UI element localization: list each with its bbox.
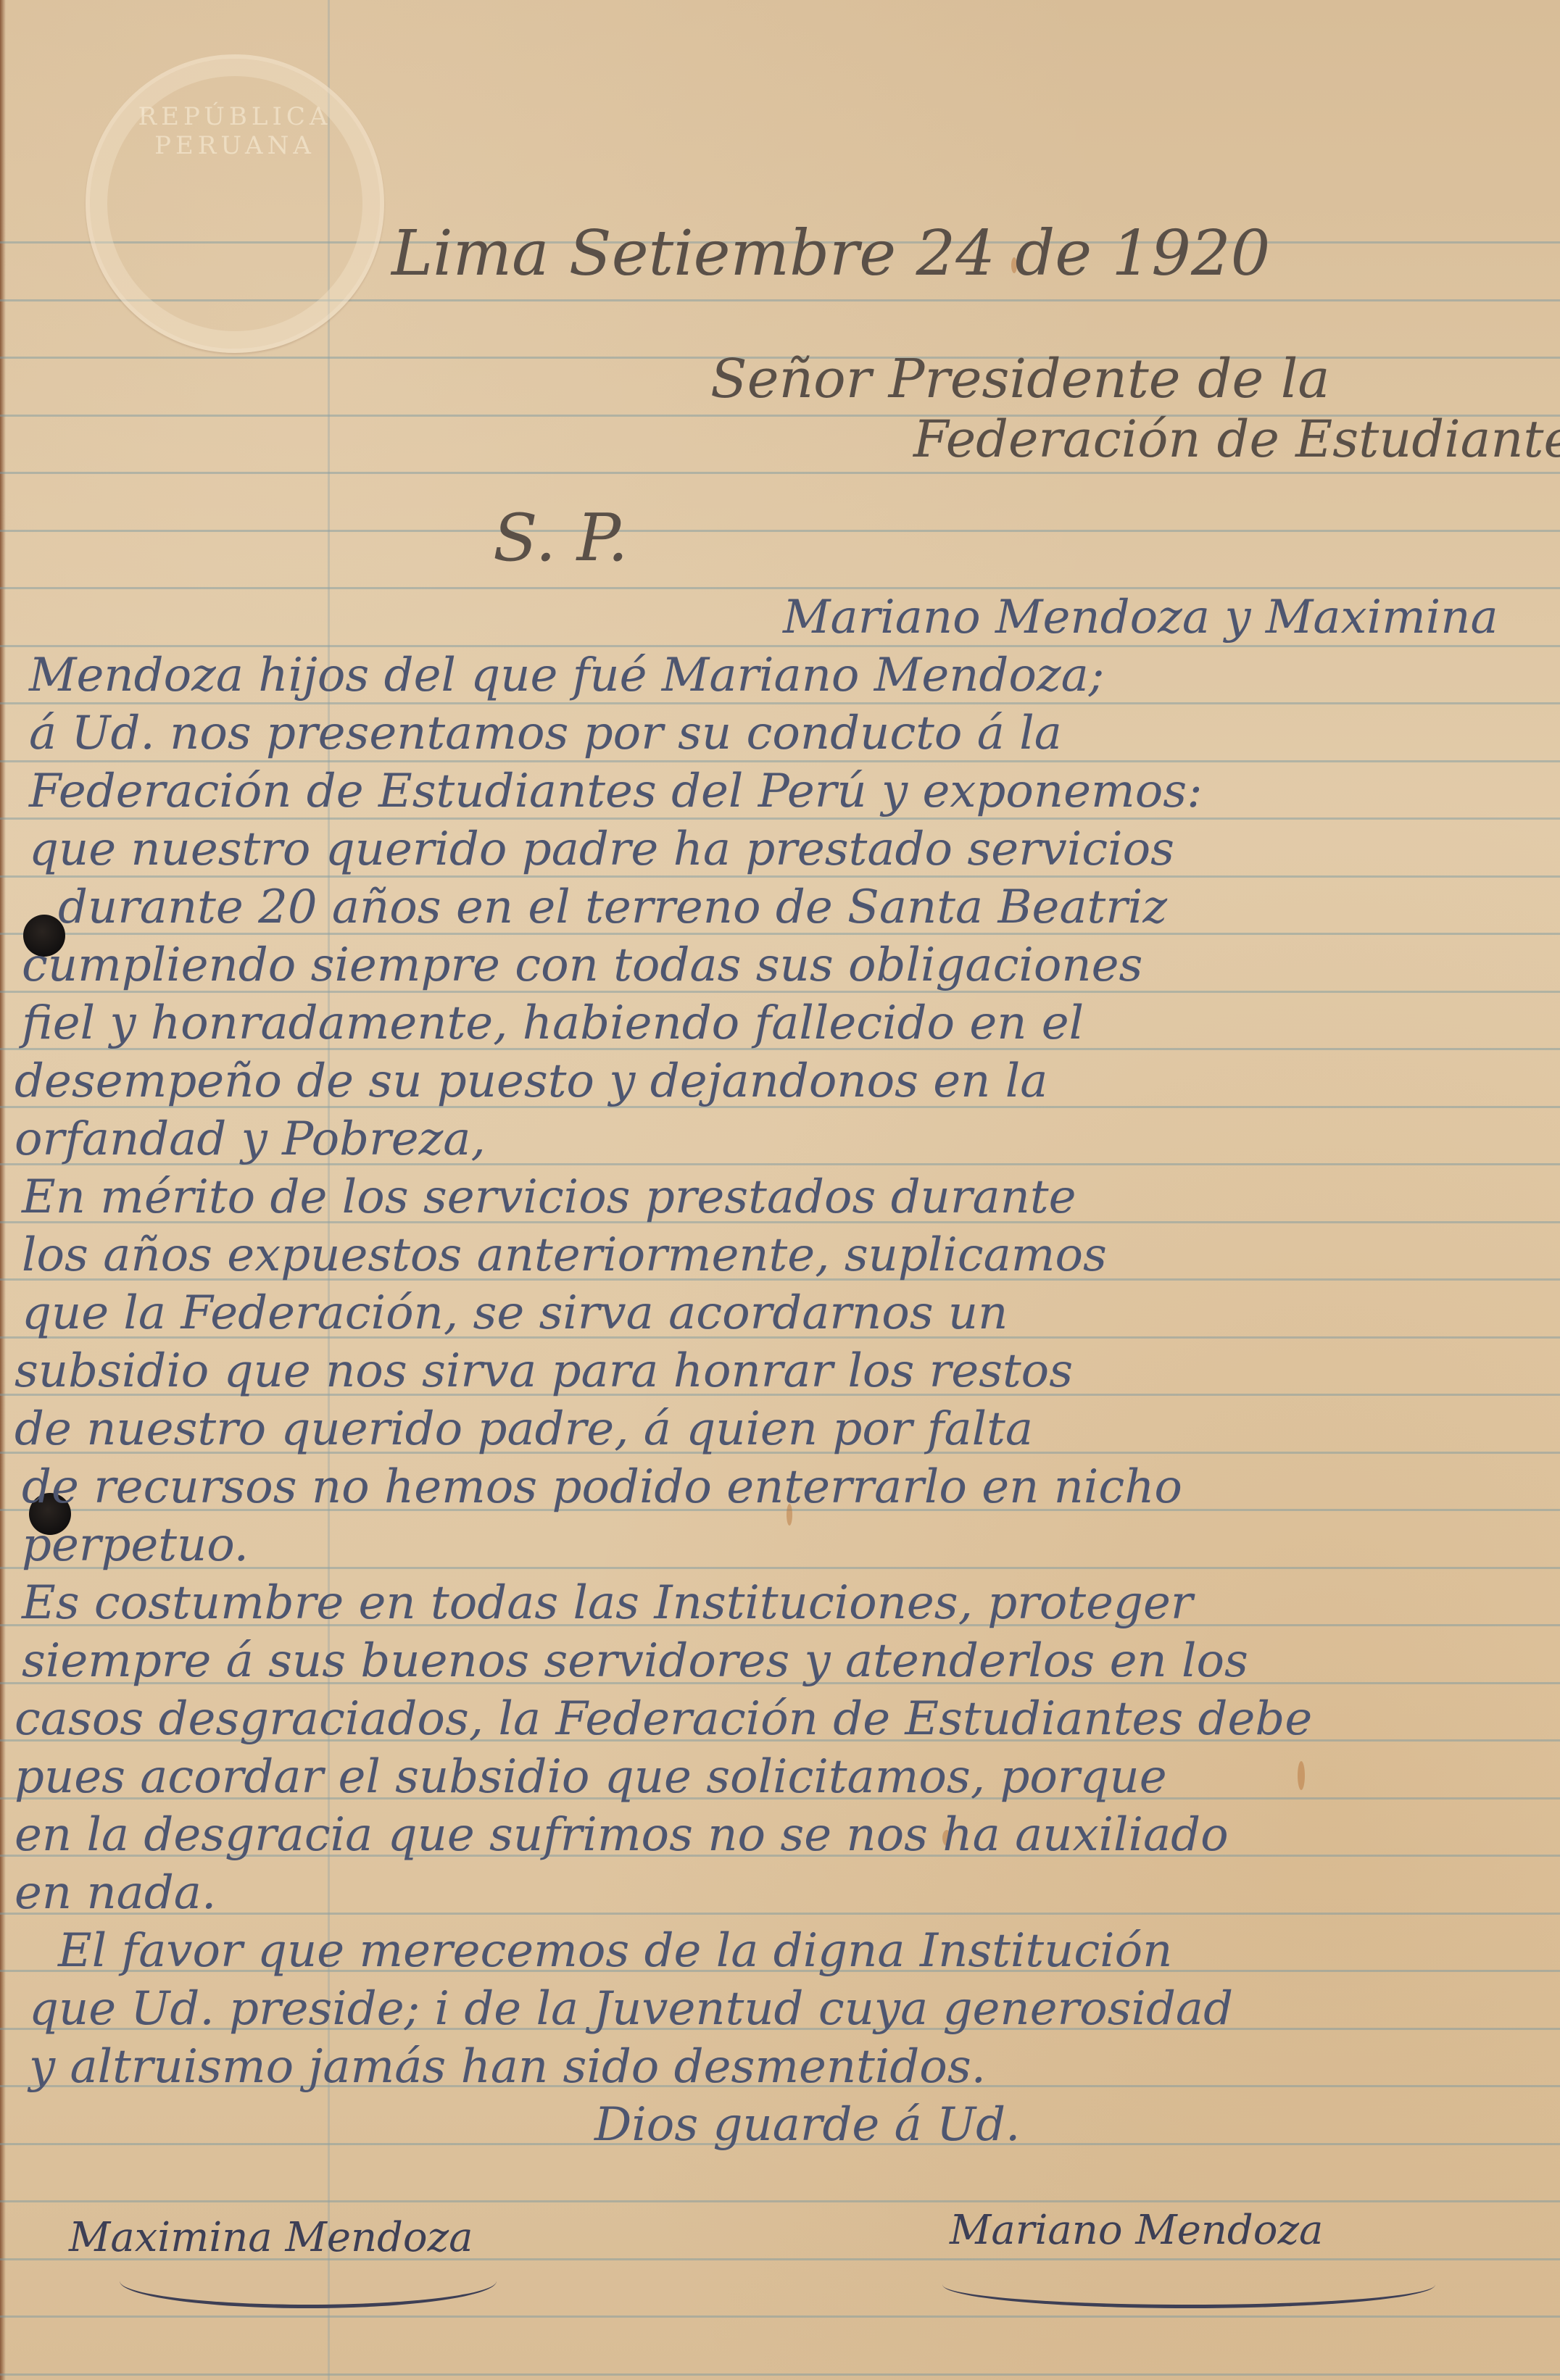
closing-line: Dios guarde á Ud. [594,2098,1020,2152]
seal-text: REPÚBLICA PERUANA [90,102,380,160]
rule-line [0,530,1560,532]
body-line: Mariano Mendoza y Maximina [783,591,1498,644]
body-line: de nuestro querido padre, á quien por fa… [14,1402,1033,1456]
rule-line [0,2200,1560,2202]
body-line: y altruismo jamás han sido desmentidos. [29,2040,986,2094]
place-date: Lima Setiembre 24 de 1920 [391,217,1270,290]
body-line: Federación de Estudiantes del Perú y exp… [29,765,1203,818]
addressee-line1: Señor Presidente de la [710,348,1330,410]
body-line: El favor que merecemos de la digna Insti… [58,1924,1172,1978]
body-line: desempeño de su puesto y dejandonos en l… [14,1054,1047,1108]
signature-flourish-left [120,2254,497,2308]
body-line: fiel y honradamente, habiendo fallecido … [22,996,1084,1050]
signature-flourish-right [942,2261,1435,2308]
rule-line [0,472,1560,474]
body-line: en la desgracia que sufrimos no se nos h… [14,1808,1229,1862]
body-line: Mendoza hijos del que fué Mariano Mendoz… [29,649,1104,702]
salutation: S. P. [493,500,628,576]
rule-line [0,2373,1560,2376]
body-line: los años expuestos anteriormente, suplic… [22,1228,1107,1282]
body-line: Es costumbre en todas las Instituciones,… [22,1576,1192,1630]
body-line: casos desgraciados, la Federación de Est… [14,1692,1312,1746]
body-line: durante 20 años en el terreno de Santa B… [58,881,1167,934]
body-line: de recursos no hemos podido enterrarlo e… [22,1460,1182,1514]
body-line: subsidio que nos sirva para honrar los r… [14,1344,1073,1398]
rule-line [0,587,1560,589]
body-line: En mérito de los servicios prestados dur… [22,1170,1076,1224]
rule-line [0,645,1560,647]
letter-page: REPÚBLICA PERUANA Lima Setiembre 24 de 1… [0,0,1560,2380]
body-line: en nada. [14,1866,216,1920]
embossed-seal: REPÚBLICA PERUANA [86,54,384,353]
addressee-line2: Federación de Estudiantes [913,409,1560,469]
body-line: que Ud. preside; i de la Juventud cuya g… [29,1982,1233,2036]
rule-line [0,1913,1560,1915]
body-line: perpetuo. [22,1518,249,1572]
body-line: á Ud. nos presentamos por su conducto á … [29,707,1062,760]
rule-line [0,760,1560,762]
stain [1298,1761,1305,1790]
body-line: que la Federación, se sirva acordarnos u… [22,1286,1008,1340]
signature-right: Mariano Mendoza [950,2207,1323,2254]
body-line: orfandad y Pobreza, [14,1112,486,1166]
body-line: que nuestro querido padre ha prestado se… [29,823,1174,876]
rule-line [0,2315,1560,2318]
body-line: pues acordar el subsidio que solicitamos… [14,1750,1167,1804]
body-line: siempre á sus buenos servidores y atende… [22,1634,1248,1688]
rule-line [0,702,1560,704]
body-line: cumpliendo siempre con todas sus obligac… [22,939,1142,992]
